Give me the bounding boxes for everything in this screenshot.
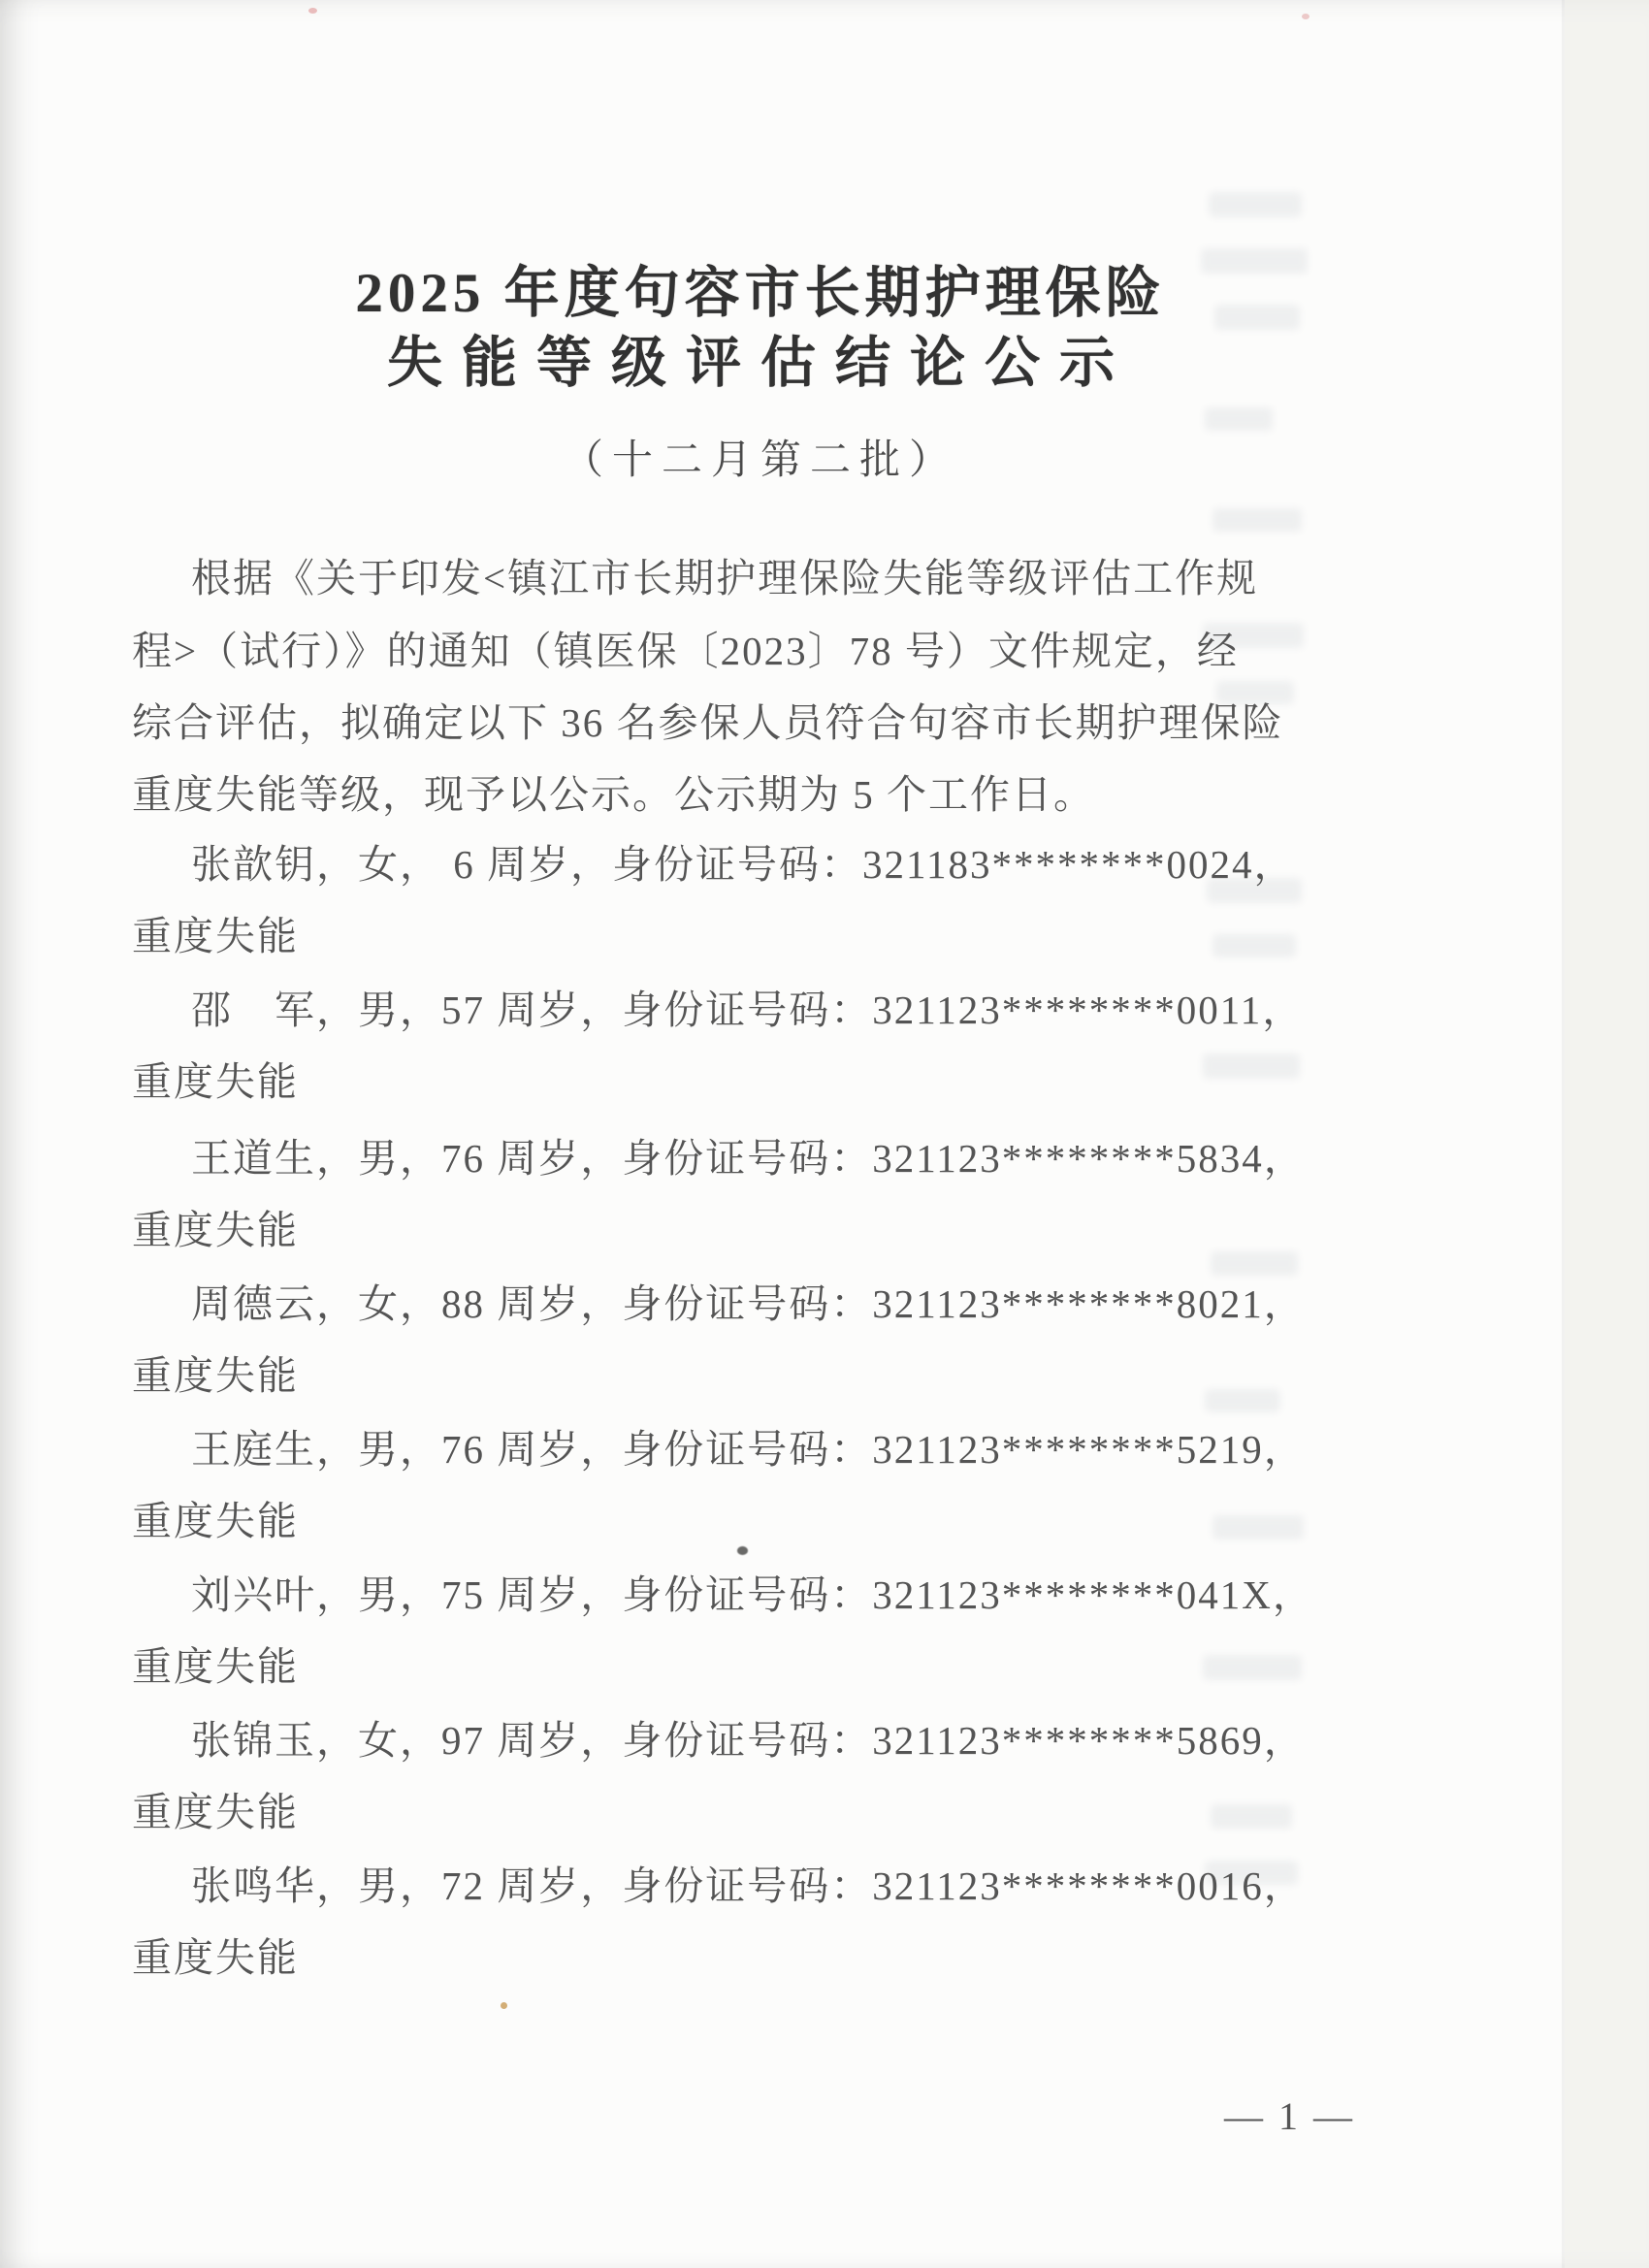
entry-person-line: 刘兴叶，男，75 周岁，身份证号码：321123********041X， <box>191 1572 1314 1618</box>
entry-result-line: 重度失能 <box>132 1499 299 1544</box>
entry-result-line: 重度失能 <box>132 1644 299 1690</box>
paragraph-line: 程>（试行）》的通知（镇医保〔2023〕78 号）文件规定，经 <box>132 629 1239 674</box>
bleedthrough-mark <box>1209 192 1302 217</box>
document-subtitle-batch: （十二月第二批） <box>132 428 1389 486</box>
bleedthrough-mark <box>1212 1515 1304 1539</box>
bleedthrough-mark <box>1212 934 1296 957</box>
paragraph-line: 综合评估，拟确定以下 36 名参保人员符合句容市长期护理保险 <box>132 700 1284 746</box>
entry-result-line: 重度失能 <box>132 1353 299 1399</box>
entry-result-line: 重度失能 <box>132 1790 299 1835</box>
entry-person-line: 王道生，男，76 周岁，身份证号码：321123********5834， <box>191 1136 1306 1182</box>
entry-result-line: 重度失能 <box>132 1208 299 1253</box>
bleedthrough-mark <box>1211 1251 1298 1276</box>
scan-speck <box>1302 14 1309 19</box>
bleedthrough-mark <box>1211 1804 1292 1829</box>
paragraph-line: 根据《关于印发<镇江市长期护理保险失能等级评估工作规 <box>191 556 1258 601</box>
entry-person-line: 王庭生，男，76 周岁，身份证号码：321123********5219， <box>191 1427 1306 1473</box>
bleedthrough-mark <box>1212 508 1302 532</box>
bleedthrough-mark <box>1203 1053 1300 1079</box>
scan-speck <box>501 2002 507 2009</box>
entry-person-line: 周德云，女，88 周岁，身份证号码：321123********8021， <box>191 1281 1306 1327</box>
entry-result-line: 重度失能 <box>132 1935 299 1981</box>
bleedthrough-mark <box>1205 1389 1280 1412</box>
entry-person-line: 张鸣华，男，72 周岁，身份证号码：321123********0016， <box>191 1863 1306 1909</box>
paper-right-margin <box>1565 0 1649 2268</box>
paragraph-line: 重度失能等级，现予以公示。公示期为 5 个工作日。 <box>132 772 1095 818</box>
entry-result-line: 重度失能 <box>132 1059 299 1105</box>
page-number: — 1 — <box>1224 2093 1355 2139</box>
scan-speck <box>308 8 317 14</box>
document-title-line1: 2025 年度句容市长期护理保险 <box>132 264 1389 325</box>
scanned-document-page: 2025 年度句容市长期护理保险 失能等级评估结论公示 （十二月第二批） 根据《… <box>0 0 1649 2268</box>
bleedthrough-mark <box>1203 1655 1302 1680</box>
scan-speck <box>737 1546 748 1555</box>
entry-person-line: 张锦玉，女，97 周岁，身份证号码：321123********5869， <box>191 1718 1306 1764</box>
entry-person-line: 张歆钥，女， 6 周岁，身份证号码：321183********0024， <box>191 842 1295 888</box>
document-title-line2: 失能等级评估结论公示 <box>132 334 1389 395</box>
entry-result-line: 重度失能 <box>132 914 299 959</box>
entry-person-line: 邵 军，男，57 周岁，身份证号码：321123********0011， <box>191 988 1304 1033</box>
